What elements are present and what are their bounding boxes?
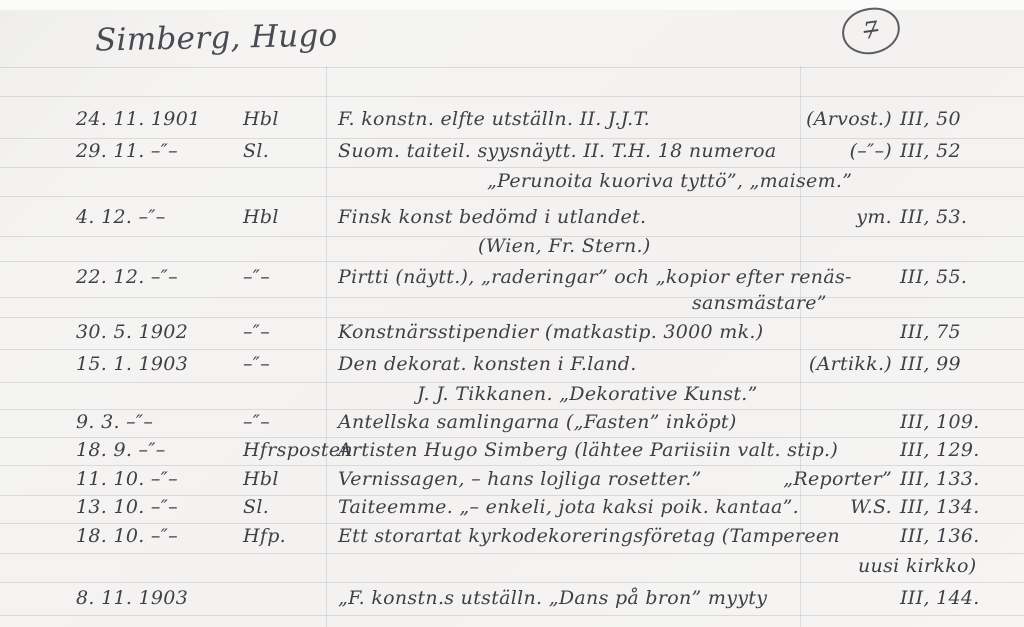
entry-row: 11. 10. –″– Hbl Vernissagen, – hans lojl… <box>0 468 1024 498</box>
entry-note: W.S. <box>770 496 892 518</box>
entry-ref: III, 133. <box>900 468 1018 490</box>
entry-row: 24. 11. 1901 Hbl F. konstn. elfte utstäl… <box>0 108 1024 138</box>
entry-row: 4. 12. –″– Hbl Finsk konst bedömd i utla… <box>0 206 1024 236</box>
archive-card-page: Simberg, Hugo 7 24. 11. 1901 Hbl F. kons… <box>0 0 1024 627</box>
ruled-line <box>0 317 1024 318</box>
page-title: Simberg, Hugo <box>95 17 338 58</box>
entry-date: 22. 12. –″– <box>76 266 238 288</box>
ruled-line <box>0 297 1024 298</box>
entry-date: 11. 10. –″– <box>76 468 238 490</box>
entry-note: ym. <box>770 206 892 228</box>
ruled-line <box>0 96 1024 97</box>
entry-ref: III, 50 <box>900 108 1018 130</box>
ruled-line <box>0 196 1024 197</box>
ruled-line <box>0 582 1024 583</box>
entry-continuation: uusi kirkko) <box>858 555 977 577</box>
ruled-line <box>0 138 1024 139</box>
entry-note: (Artikk.) <box>770 353 892 375</box>
entry-row: 29. 11. –″– Sl. Suom. taiteil. syysnäytt… <box>0 140 1024 170</box>
page-number-circle: 7 <box>839 4 903 58</box>
entry-date: 18. 10. –″– <box>76 525 238 547</box>
entry-text: Konstnärsstipendier (matkastip. 3000 mk.… <box>338 321 898 343</box>
ruled-line <box>0 67 1024 68</box>
entry-note: (Arvost.) <box>770 108 892 130</box>
entry-ref: III, 129. <box>900 439 1018 461</box>
entry-text: Antellska samlingarna („Fasten” inköpt) <box>338 411 898 433</box>
entry-continuation: J. J. Tikkanen. „Dekorative Kunst.” <box>417 383 758 405</box>
entry-row: 9. 3. –″– –″– Antellska samlingarna („Fa… <box>0 411 1024 441</box>
entry-note: „Reporter” <box>770 468 892 490</box>
entry-ref: III, 99 <box>900 353 1018 375</box>
entry-ref: III, 53. <box>900 206 1018 228</box>
entry-ref: III, 136. <box>900 525 1018 547</box>
entry-note: (–″–) <box>770 140 892 162</box>
entry-source: –″– <box>243 266 339 288</box>
entry-continuation: (Wien, Fr. Stern.) <box>478 235 651 257</box>
page-number: 7 <box>862 17 880 45</box>
ruled-line <box>0 261 1024 262</box>
entry-ref: III, 52 <box>900 140 1018 162</box>
entry-date: 29. 11. –″– <box>76 140 238 162</box>
entry-date: 18. 9. –″– <box>76 439 238 461</box>
entry-text: „F. konstn.s utställn. „Dans på bron” my… <box>338 587 898 609</box>
entry-ref: III, 109. <box>900 411 1018 433</box>
entry-source: –″– <box>243 411 339 433</box>
entry-ref: III, 144. <box>900 587 1018 609</box>
entry-row: 18. 9. –″– Hfrsposten Artisten Hugo Simb… <box>0 439 1024 469</box>
entry-text: Ett storartat kyrkodekoreringsföretag (T… <box>338 525 898 547</box>
entry-date: 24. 11. 1901 <box>76 108 238 130</box>
entry-source: –″– <box>243 353 339 375</box>
entry-date: 4. 12. –″– <box>76 206 238 228</box>
entry-source: Hbl <box>243 108 339 130</box>
entry-source: Sl. <box>243 140 339 162</box>
entry-date: 15. 1. 1903 <box>76 353 238 375</box>
entry-row: 15. 1. 1903 –″– Den dekorat. konsten i F… <box>0 353 1024 383</box>
entry-row: 13. 10. –″– Sl. Taiteemme. „– enkeli, jo… <box>0 496 1024 526</box>
entry-source: Hbl <box>243 206 339 228</box>
entry-row: 22. 12. –″– –″– Pirtti (näytt.), „raderi… <box>0 266 1024 296</box>
ruled-line <box>0 409 1024 410</box>
entry-date: 13. 10. –″– <box>76 496 238 518</box>
entry-source: –″– <box>243 321 339 343</box>
entry-row: 8. 11. 1903 „F. konstn.s utställn. „Dans… <box>0 587 1024 617</box>
entry-text: Pirtti (näytt.), „raderingar” och „kopio… <box>338 266 898 288</box>
entry-source: Hfrsposten <box>243 439 339 461</box>
entry-row: 30. 5. 1902 –″– Konstnärsstipendier (mat… <box>0 321 1024 351</box>
entry-continuation: sansmästare” <box>692 292 827 314</box>
entry-source: Hfp. <box>243 525 339 547</box>
entry-ref: III, 134. <box>900 496 1018 518</box>
entry-source: Hbl <box>243 468 339 490</box>
entry-date: 8. 11. 1903 <box>76 587 238 609</box>
entry-continuation: „Perunoita kuoriva tyttö”, „maisem.” <box>487 170 852 192</box>
entry-row: 18. 10. –″– Hfp. Ett storartat kyrkodeko… <box>0 525 1024 555</box>
entry-date: 9. 3. –″– <box>76 411 238 433</box>
entry-ref: III, 55. <box>900 266 1018 288</box>
entry-ref: III, 75 <box>900 321 1018 343</box>
entry-source: Sl. <box>243 496 339 518</box>
entry-date: 30. 5. 1902 <box>76 321 238 343</box>
entry-text: Artisten Hugo Simberg (lähtee Pariisiin … <box>338 439 898 461</box>
